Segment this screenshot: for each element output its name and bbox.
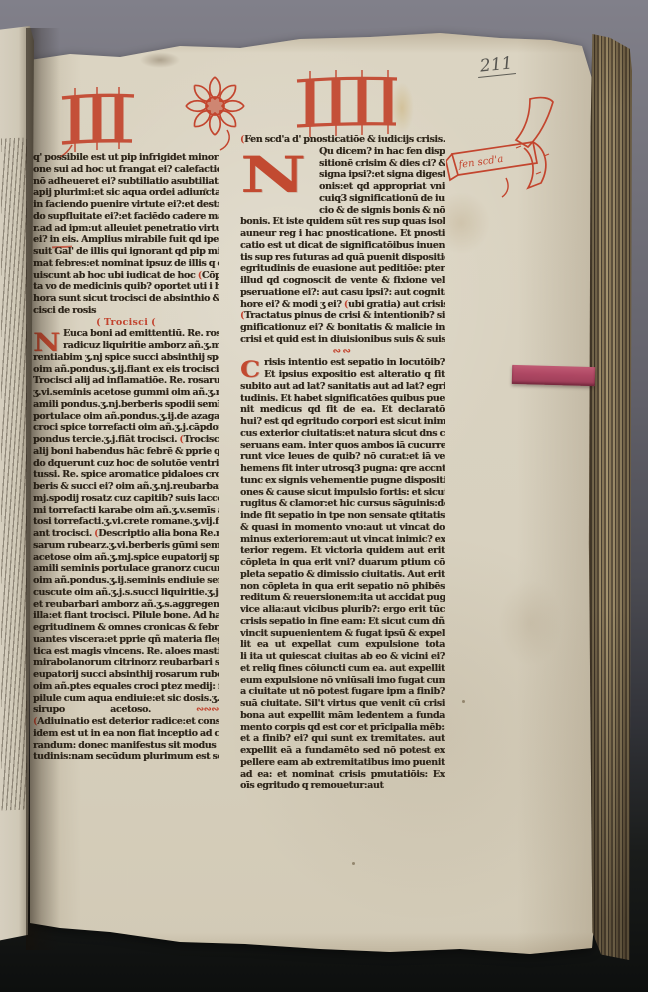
text-line: pseruatione ei?: aut casu ipsi?: aut cog… xyxy=(240,287,445,299)
text-line: hemens fit inter utrosq3 pugna: qre accn… xyxy=(240,463,445,475)
text-line: ad ea: et nominat crisis pmutatiōis: Ex xyxy=(240,769,445,781)
text-line: crisis sepatio in fine eam: Et sicut cum… xyxy=(240,616,445,628)
text-line: (Tractatus pinus de crisi & intentionib?… xyxy=(240,310,445,322)
text-line: lit ea ut expellat cum expulsione tota xyxy=(240,639,445,651)
text-block: (Tractatus pinus de crisi & intentionib?… xyxy=(240,310,445,345)
text-line: beris & succi ei? oim añ.ʒ.nj.reubarbari… xyxy=(33,481,219,493)
text-line: cus exterior ciuitatis:et natura sicut d… xyxy=(240,428,445,440)
text-line: expellit eā a fundamēto sed nō potest ex xyxy=(240,745,445,757)
text-line: tis sup res futuras ad quā puenit dispos… xyxy=(240,252,445,264)
rubric-flourish: ∾∾ xyxy=(240,346,445,358)
text-line: nō adheueret ei? subtiliatio asubtiliati… xyxy=(33,176,219,188)
text-line: a ciuitate ut nō potest fugare ipm a fin… xyxy=(240,686,445,698)
facing-page-text-lines xyxy=(1,138,27,811)
text-line: mirabolanorum citrinorz reubarbari succi xyxy=(33,657,219,669)
text-line: suā ciuitate. Sil't virtus que venit cū … xyxy=(240,698,445,710)
text-line: tudinis. Et habet significatōes quibus p… xyxy=(240,393,445,405)
text-line: amili seminis portulace granorz cucumeri… xyxy=(33,563,219,575)
text-line: ei? in eis. Amplius mirabile fuit qd ipe… xyxy=(33,234,219,246)
text-line: oīs egritudo q remouetur:aut xyxy=(240,780,445,792)
right-text-column: (Fen scd'a d' pnosticatiōe & iudicijs cr… xyxy=(240,134,445,792)
text-line: li ita ut quiescat ciuitas ab eo & vicin… xyxy=(240,651,445,663)
text-line: crisi et quid est in diuisionibus suis &… xyxy=(240,334,445,346)
text-line: egritudinis de euasione aut peditiōe: pt… xyxy=(240,263,445,275)
text-line: in faciendo puenire virtute ei?:et destr… xyxy=(33,199,219,211)
text-line: hui? est qd egritudo corpori est sicut i… xyxy=(240,416,445,428)
text-line: bona aut expellit mām ledentem a funda xyxy=(240,710,445,722)
text-line: oim añ.pondus.ʒ.ij.fiant ex eis trocisci xyxy=(33,364,219,376)
text-line: rentiabim ʒ.nj spice succi absinthij spo… xyxy=(33,352,219,364)
text-line: hora sunt sicut trocisci de absinthio & … xyxy=(33,293,219,305)
text-block: Crisis intentio est sepatio in locutōib?… xyxy=(240,357,445,792)
text-line: cōpleta in qua erit vni? duarum ptium cō xyxy=(240,557,445,569)
text-line: signa ipsi?:et signa digesti xyxy=(319,169,445,181)
text-line: subito aut ad lat? sanitatis aut ad lat?… xyxy=(240,381,445,393)
text-block: NQu dicem? in hac fen dispositionē crisi… xyxy=(240,146,445,311)
text-line: cisci de rosis xyxy=(33,305,219,317)
text-line: illud qd cognoscit de vente & fixione ve… xyxy=(240,275,445,287)
text-line: apij plurimi:et sic aqua ordei adiuncta … xyxy=(33,187,219,199)
text-line: cio & de signis bonis & nō xyxy=(319,205,445,217)
text-line: mi torrefacti karabe oim añ.ʒ.v.semīs ac… xyxy=(33,505,219,517)
text-line: egritudinem & omnes cronicas & febres le xyxy=(33,622,219,634)
text-line: seruans eam. inter quos ambos iā cucurre xyxy=(240,440,445,452)
bookmark-ribbon xyxy=(512,365,595,386)
fen-secunda-banner-drawing: fen scd'a xyxy=(446,96,580,198)
text-line: uiscunt ab hoc ubi iudicat de hoc (Cōpos… xyxy=(33,270,219,282)
text-line: inde fit sepatio in tpe non sensate qtit… xyxy=(240,510,445,522)
text-line: q' possibile est ut pip infrigidet minor… xyxy=(33,152,219,164)
text-line: oim añ.pondus.ʒ.ij.seminis endiuie semīs xyxy=(33,575,219,587)
text-line: croci spice torrefacti oim añ.ʒ.j.cāpdor… xyxy=(33,422,219,434)
text-line: (Adiuinatio est deterior radice:et consi… xyxy=(33,716,219,728)
text-line: suit Gal' de illis qui ignorant qd pip m… xyxy=(33,246,219,258)
text-line: illa:et fiant trocisci. Pilule bone. Ad … xyxy=(33,610,219,622)
text-line: uantes viscera:et pprie qñ materia flegm… xyxy=(33,634,219,646)
text-line: sarum rubearz.ʒ.vi.berberis gūmi seminis xyxy=(33,540,219,552)
text-line: mj.spodij rosatz cuz capitib? suis lacce… xyxy=(33,493,219,505)
text-line: oim añ.ptes equales croci ptez medij: fi… xyxy=(33,681,219,693)
text-line: do dquerunt cuz hoc de solutōe ventris & xyxy=(33,458,219,470)
text-line: idem est ut in ea non fiat inceptio ad c… xyxy=(33,728,219,740)
text-line: alij boni habendus hāc febrē & pprie quā xyxy=(33,446,219,458)
text-line: reditum & reuersionem:ita ut accidat pug xyxy=(240,592,445,604)
text-line: et reubarbari amborz añ.ʒ.s.aggregentur xyxy=(33,599,219,611)
roman-numeral-iii xyxy=(58,86,138,158)
text-line: eum expulsione nō vniūsali imo fugat cum xyxy=(240,675,445,687)
text-line: minus exteriorem:aut ut vincat inimic? e… xyxy=(240,534,445,546)
folio-number: 211 xyxy=(476,53,516,78)
text-line: cuscute oim añ.ʒ.j.s.succi liquiritie.ʒ.… xyxy=(33,587,219,599)
text-line: cuiq3 significationū de iudi xyxy=(319,193,445,205)
rubric-heading: ( Trocisci ( xyxy=(33,317,219,329)
text-block: ∾∾ xyxy=(240,346,445,358)
text-line: Qu dicem? in hac fen dispo xyxy=(319,146,445,158)
text-line: one sui ad hoc ut frangat ei? calefactio… xyxy=(33,164,219,176)
text-block: NEuca boni ad emittentiū. Re. rosaruzrad… xyxy=(33,328,219,763)
text-line: ones & cause sicut impulsio fortis: et s… xyxy=(240,487,445,499)
text-line: bonis. Et iste quidem sūt res sup quas i… xyxy=(240,216,445,228)
text-line: eupatorij succi absinthij rosarum rubear… xyxy=(33,669,219,681)
text-line: acetose oim añ.ʒ.mj.spice eupatorij spod… xyxy=(33,552,219,564)
text-line: ʒ.vi.seminis acetose gummi oim añ.ʒ.mj. xyxy=(33,387,219,399)
text-line: rugitus & clamor:et hic cursus sāguinis:… xyxy=(240,498,445,510)
text-line: tunc ex signis vehementie pugne disposit… xyxy=(240,475,445,487)
text-line: pellere eam ab extremitatibus imo puenit xyxy=(240,757,445,769)
text-line: do supfluitate ei?:et faciēdo cadere mat… xyxy=(33,211,219,223)
text-line: tudinis:nam secūdum plurimum est seua- xyxy=(33,751,219,763)
rubricated-initial: C xyxy=(240,358,260,382)
text-line: hore ei? & modi ʒ ei? (ubi gratia) aut c… xyxy=(240,299,445,311)
manuscript-photo: fen scd'a 211 q' possibile est ut pip in… xyxy=(0,0,648,992)
text-line: pilule cum aqua endiuie:et sic dosis.ʒ.i… xyxy=(33,693,219,705)
text-line: portulace oim añ.pondus.ʒ.ij.de azagami xyxy=(33,411,219,423)
text-line: catio est ut dicat de significatōibus in… xyxy=(240,240,445,252)
text-block: q' possibile est ut pip infrigidet minor… xyxy=(33,152,219,317)
text-line: ant trocisci. (Descriptio alia bona Re.r… xyxy=(33,528,219,540)
text-line: tosi torrefacti.ʒ.vi.crete romane.ʒ.vij.… xyxy=(33,516,219,528)
text-line: tussi. Re. spice aromatice pidaloes croc… xyxy=(33,469,219,481)
text-line: vice alia:aut vicibus plurib?: ergo erit… xyxy=(240,604,445,616)
text-line: Trocisci alij ad inflamatiōe. Re. rosaru… xyxy=(33,375,219,387)
text-line: & quasi in momento vno:aut ut vincat do xyxy=(240,522,445,534)
text-line: r.ad ad ipm:ut alleuiet penetratio virtu… xyxy=(33,223,219,235)
text-line: vincit supuenientem & fugat ipsū & expel xyxy=(240,628,445,640)
text-line: amili pondus.ʒ.nj.berberis spodii semīa xyxy=(33,399,219,411)
text-line: pleta sepatio & dimissio ciuitatis. Aut … xyxy=(240,569,445,581)
fore-edge-leaves xyxy=(588,34,632,960)
text-line: gnificationuz ei? & bonitatis & malicie … xyxy=(240,322,445,334)
text-line: sitionē crisim & dies ci? & xyxy=(319,158,445,170)
paper-speck xyxy=(352,862,355,865)
text-line: randum: donec manifestus sit modus egri xyxy=(33,740,219,752)
text-line: Et ipsius expositio est alteratio q fit xyxy=(264,369,445,381)
text-line: radicuz liquiritie amborz añ.ʒ.mj.te xyxy=(63,340,219,352)
text-line: pondus tercie.ʒ.j.fiāt trocisci. (Trocis… xyxy=(33,434,219,446)
text-line: sirupo acetoso. ∾∾∾ xyxy=(33,704,219,716)
rubricated-initial: N xyxy=(33,329,60,356)
text-line: et a finib? ei? qui sunt ex tremitates. … xyxy=(240,733,445,745)
text-block: ( Trocisci ( xyxy=(33,317,219,329)
text-line: ta vo de medicinis quib? oportet uti i h… xyxy=(33,281,219,293)
text-line: non cōpleta in qua erit sepatio nō phibē… xyxy=(240,581,445,593)
text-line: nit medicus qd fit de ea. Et declaratō xyxy=(240,404,445,416)
text-line: mento corpis qd est cor et prīcipalia mē… xyxy=(240,722,445,734)
text-line: tica est magis vincens. Re. aloes mastic… xyxy=(33,646,219,658)
text-line: mat febres:et nominat ipsuz de illis q o… xyxy=(33,258,219,270)
text-line: risis intentio est sepatio in locutōib? xyxy=(264,357,445,369)
left-text-column: q' possibile est ut pip infrigidet minor… xyxy=(33,152,219,763)
rubricated-initial: N xyxy=(240,147,303,203)
text-line: terior regem. Et victoria quidem aut eri… xyxy=(240,545,445,557)
text-line: Euca boni ad emittentiū. Re. rosaruz xyxy=(63,328,219,340)
text-line: onis:et qd appropriat vni xyxy=(319,181,445,193)
roman-numeral-iiii xyxy=(292,70,402,140)
text-line: auneur reg i hac pnosticatione. Et pnost… xyxy=(240,228,445,240)
text-line: et reliq fines cōiuncti cum ea. aut expe… xyxy=(240,663,445,675)
paper-speck xyxy=(462,700,465,703)
text-line: runt vice leues de quib? nō curat:et iā … xyxy=(240,451,445,463)
